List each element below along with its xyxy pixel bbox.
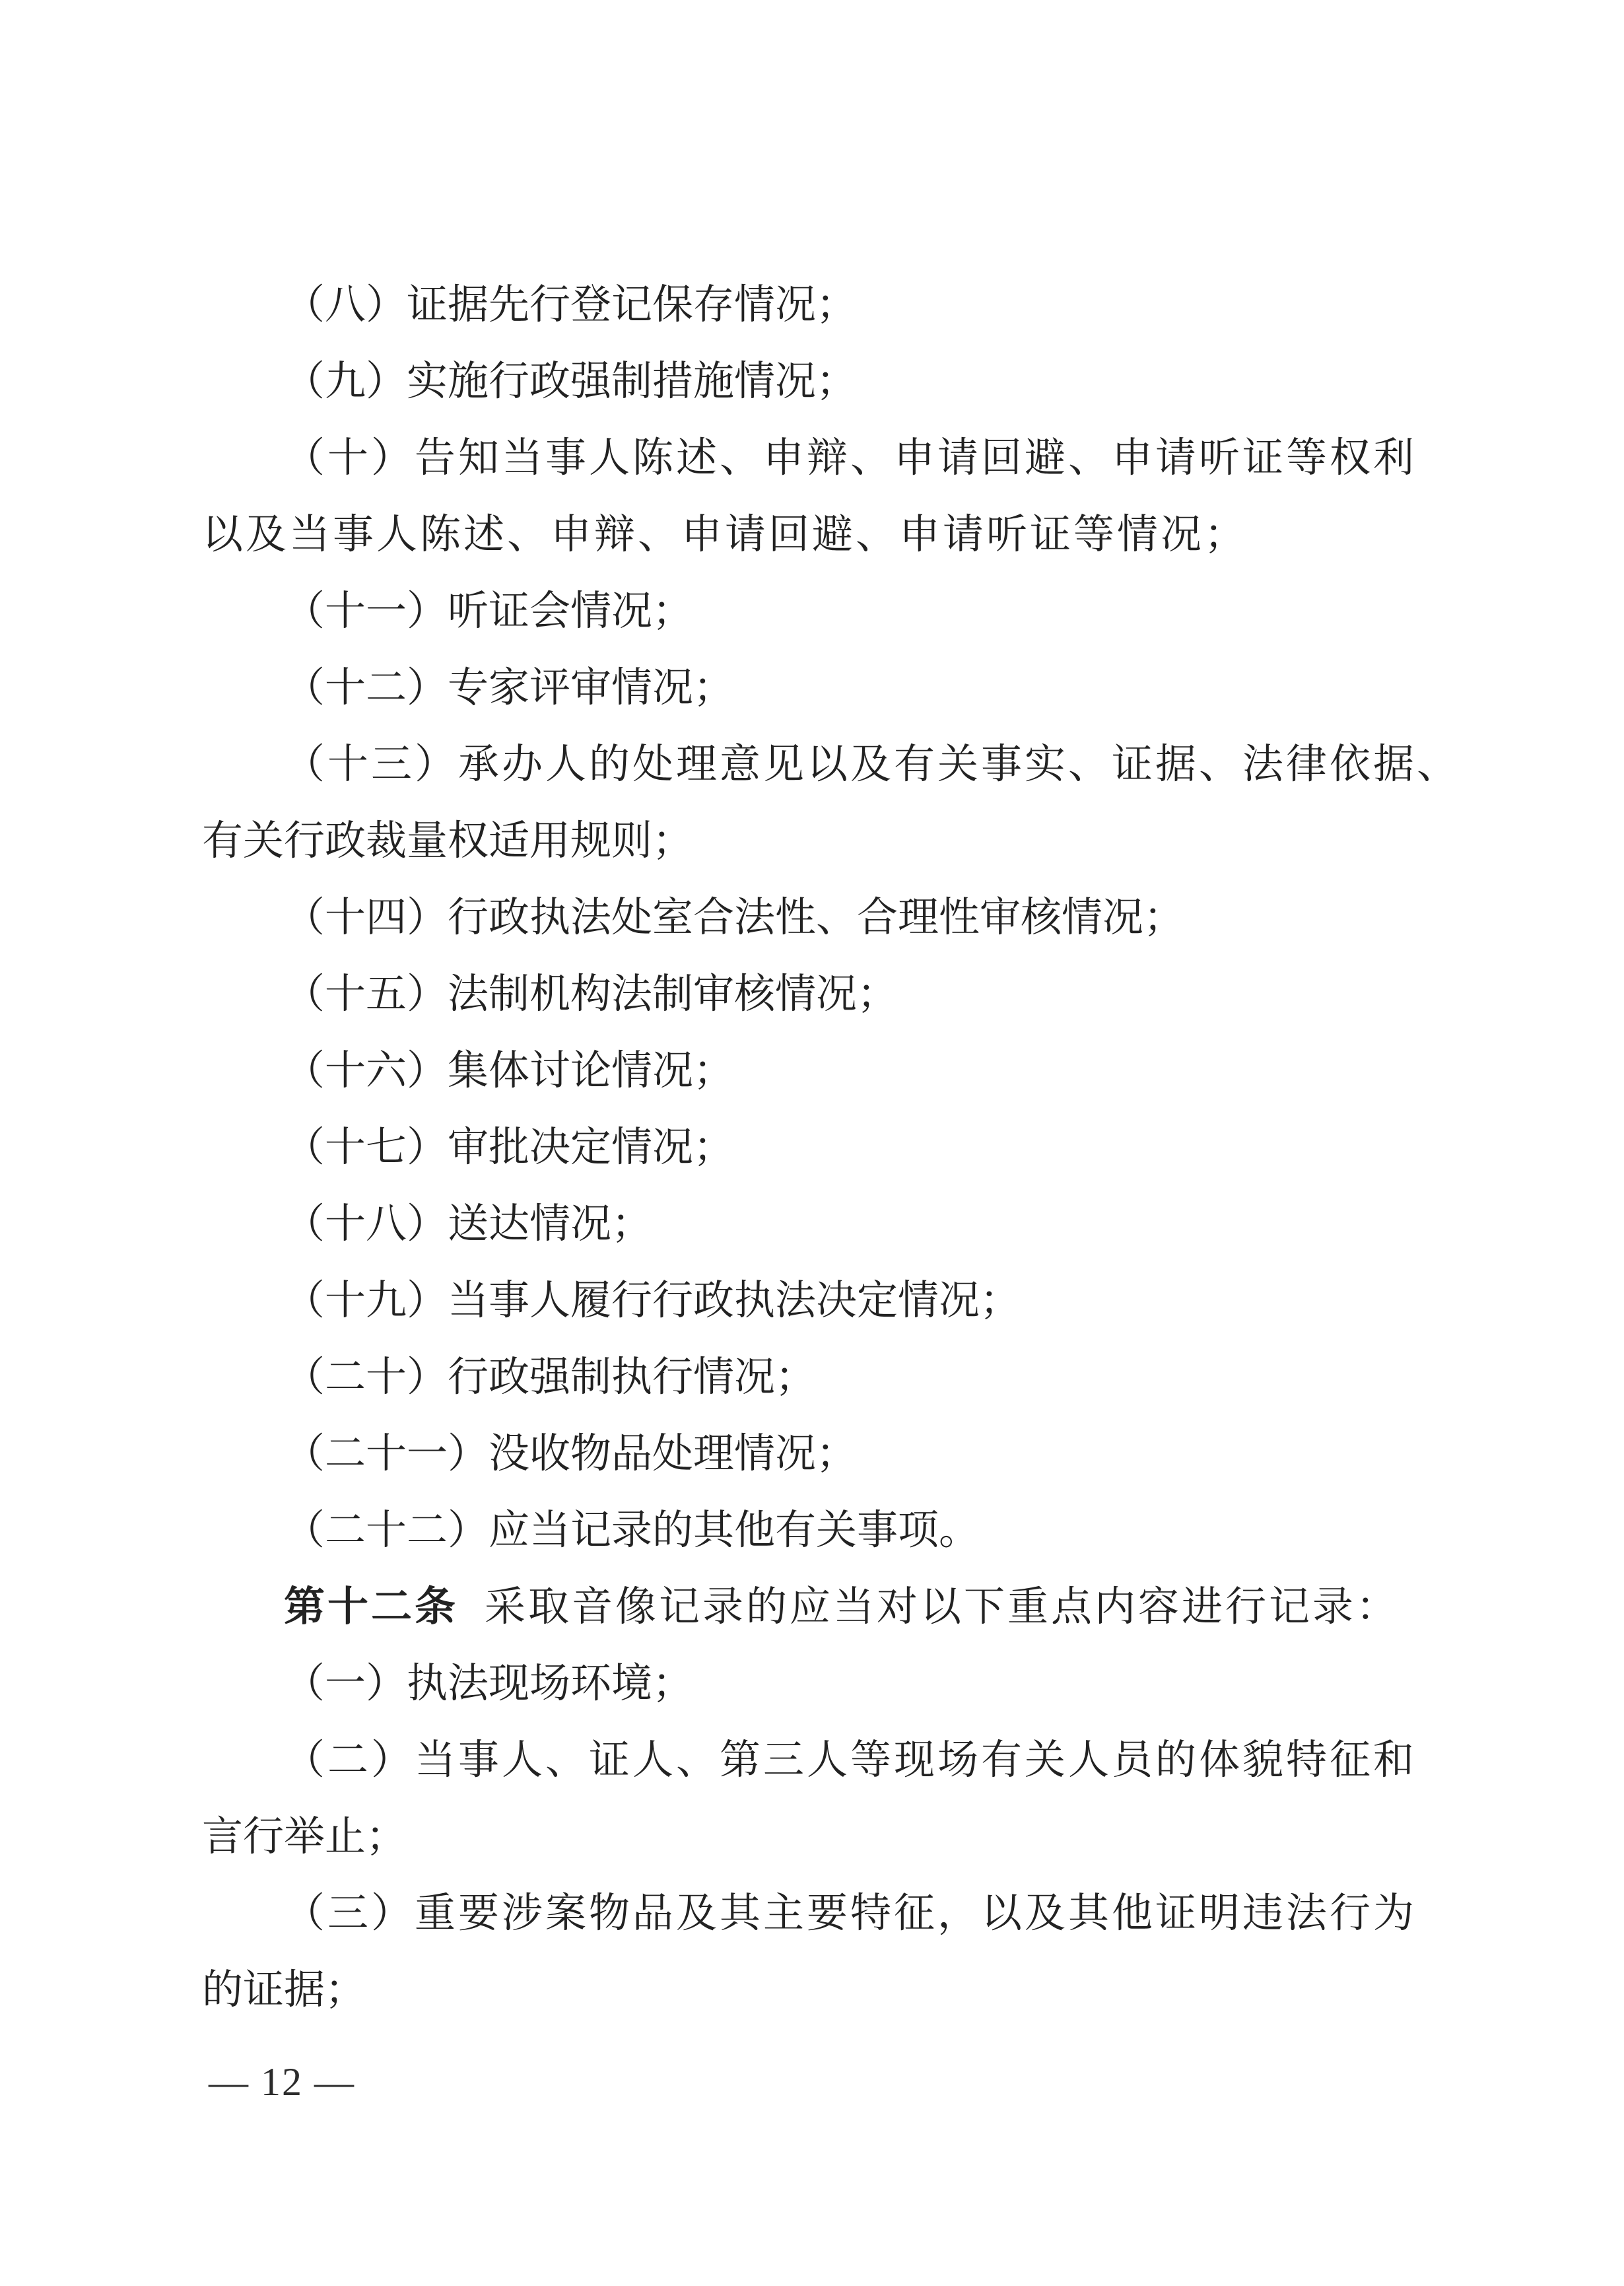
item-18: （十八）送达情况；: [202, 1186, 1421, 1263]
item-1: （一）执法现场环境；: [202, 1645, 1421, 1722]
page-background: （八）证据先行登记保存情况； （九）实施行政强制措施情况； （十）告知当事人陈述…: [0, 0, 1624, 2286]
item-17: （十七）审批决定情况；: [202, 1109, 1421, 1186]
item-12: （十二）专家评审情况；: [202, 650, 1421, 726]
item-3-line-2: 的证据；: [202, 1952, 1421, 2028]
item-20: （二十）行政强制执行情况；: [202, 1339, 1421, 1416]
page-number: — 12 —: [209, 2059, 355, 2105]
item-16: （十六）集体讨论情况；: [202, 1033, 1421, 1109]
item-3-line-1: （三）重要涉案物品及其主要特征，以及其他证明违法行为: [202, 1875, 1421, 1952]
item-22: （二十二）应当记录的其他有关事项。: [202, 1492, 1421, 1569]
item-14: （十四）行政执法处室合法性、合理性审核情况；: [202, 880, 1421, 956]
item-13-line-2: 有关行政裁量权适用规则；: [202, 803, 1421, 880]
article-12-number: 第十二条: [284, 1585, 458, 1630]
body-text: （八）证据先行登记保存情况； （九）实施行政强制措施情况； （十）告知当事人陈述…: [202, 267, 1421, 2028]
article-12-heading: 第十二条采取音像记录的应当对以下重点内容进行记录：: [202, 1569, 1421, 1645]
item-13-line-1: （十三）承办人的处理意见以及有关事实、证据、法律依据、: [202, 726, 1421, 803]
article-12-text: 采取音像记录的应当对以下重点内容进行记录：: [485, 1585, 1400, 1630]
item-21: （二十一）没收物品处理情况；: [202, 1416, 1421, 1492]
item-19: （十九）当事人履行行政执法决定情况；: [202, 1263, 1421, 1339]
item-15: （十五）法制机构法制审核情况；: [202, 956, 1421, 1033]
item-2-line-1: （二）当事人、证人、第三人等现场有关人员的体貌特征和: [202, 1722, 1421, 1799]
item-8: （八）证据先行登记保存情况；: [202, 267, 1421, 343]
item-11: （十一）听证会情况；: [202, 573, 1421, 650]
item-10-line-1: （十）告知当事人陈述、申辩、申请回避、申请听证等权利: [202, 420, 1421, 497]
item-10-line-2: 以及当事人陈述、申辩、申请回避、申请听证等情况；: [202, 497, 1421, 573]
item-9: （九）实施行政强制措施情况；: [202, 343, 1421, 420]
scanned-document-page: { "colors": { "page_background": "#fffff…: [0, 0, 1624, 2286]
item-2-line-2: 言行举止；: [202, 1799, 1421, 1875]
